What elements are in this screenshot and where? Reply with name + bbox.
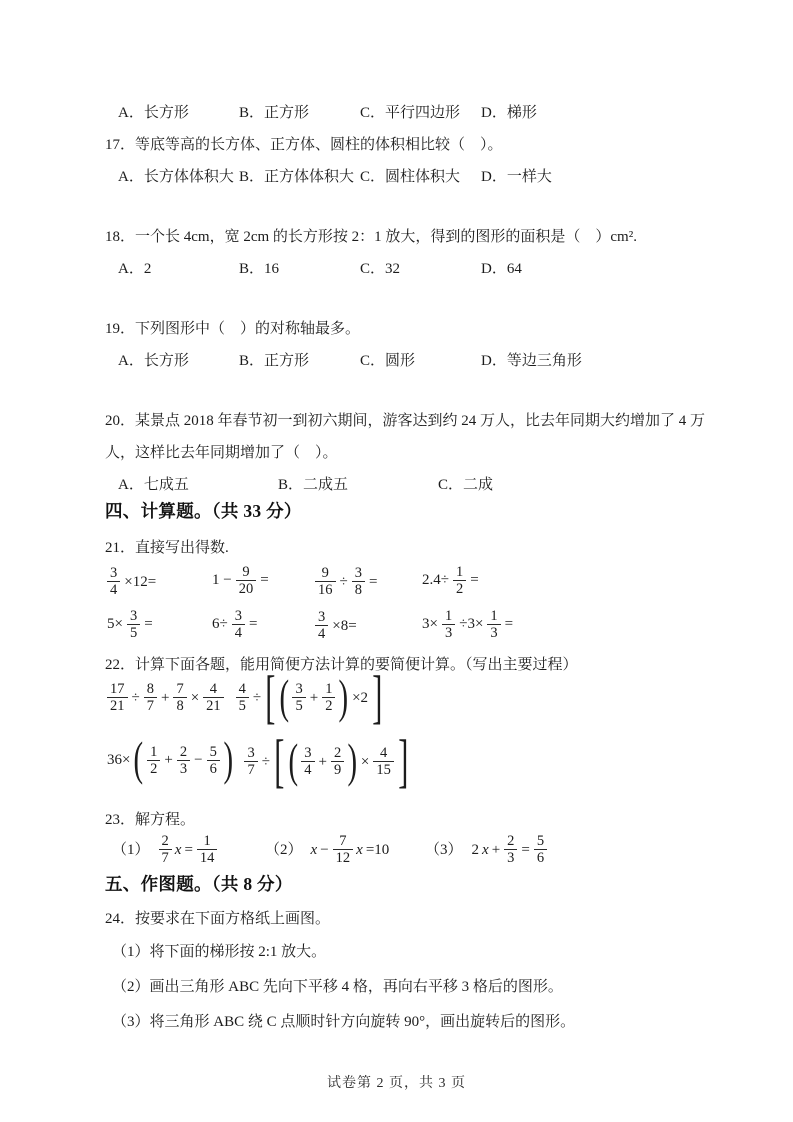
math-text: ÷ [132,687,140,709]
question-24-item-3: （3）将三角形 ABC 绕 C 点顺时针方向旋转 90°，画出旋转后的图形。 [105,1011,727,1033]
fraction: 29 [331,745,344,778]
numerator: 1 [453,564,466,580]
math-text: = [184,839,192,861]
option-c: C．32 [360,258,481,280]
fraction: 34 [315,609,328,642]
numerator: 3 [232,608,245,624]
fraction: 23 [177,744,190,777]
denominator: 3 [442,624,455,641]
math-text: = [369,571,377,593]
math-text: ×12= [124,571,156,593]
fraction: 34 [107,565,120,598]
option-a: A．长方体体积大 [118,166,239,188]
math-text: 36× [107,749,130,771]
section-4-title: 四、计算题。（共 33 分） [105,500,727,522]
question-21-row-2: 5×35= 6÷34= 34×8= 3×13÷3×13= [105,606,727,642]
question-20-text-line2: 人，这样比去年同期增加了（ ）。 [105,442,727,464]
denominator: 6 [207,760,220,777]
math-text: + [319,751,327,773]
fraction: 78 [173,681,186,714]
option-c: C．圆柱体积大 [360,166,481,188]
fraction: 35 [127,608,140,641]
equation-label: （2） [265,839,303,861]
math-text: − [194,749,202,771]
math-expression: 36×(12+23−56) [105,744,234,777]
numerator: 3 [107,565,120,581]
fraction: 35 [292,681,305,714]
variable: x [356,839,363,861]
numerator: 4 [207,681,220,697]
question-19-text: 19．下列图形中（ ）的对称轴最多。 [105,318,727,340]
math-text: 2.4÷ [422,569,449,591]
question-16-options: A．长方形 B．正方形 C．平行四边形 D．梯形 [105,102,727,124]
math-expression: 916÷38= [313,565,379,598]
numerator: 7 [336,833,349,849]
fraction: 37 [244,745,257,778]
math-text: = [144,613,152,635]
denominator: 8 [352,581,365,598]
numerator: 1 [487,608,500,624]
denominator: 21 [107,697,128,714]
equation-3: （3） 2x+23=56 [425,833,549,866]
numerator: 3 [292,681,305,697]
math-text: + [310,687,318,709]
question-20-options: A．七成五 B．二成五 C．二成 [105,474,727,496]
math-text: ×8= [332,615,356,637]
denominator: 16 [315,581,336,598]
numerator: 5 [534,833,547,849]
numerator: 3 [352,565,365,581]
numerator: 3 [315,609,328,625]
fraction: 920 [236,564,257,597]
fraction: 114 [197,833,218,866]
option-a: A．长方形 [118,102,239,124]
option-b: B．正方体体积大 [239,166,360,188]
math-text: 3× [422,613,438,635]
math-text: =10 [366,839,389,861]
numerator: 3 [244,745,257,761]
math-expression: 2x+23=56 [470,833,550,866]
numerator: 2 [331,745,344,761]
paren: ( [288,736,298,784]
math-text: + [161,687,169,709]
math-expression: 6÷34= [210,608,259,641]
denominator: 4 [315,625,328,642]
question-20-text-line1: 20．某景点 2018 年春节初一到初六期间，游客达到约 24 万人，比去年同期… [105,410,727,432]
option-b: B．正方形 [239,350,360,372]
fraction: 12 [322,681,335,714]
question-24-item-2: （2）画出三角形 ABC 先向下平移 4 格，再向右平移 3 格后的图形。 [105,976,727,998]
numerator: 3 [301,745,314,761]
math-expression: 1 −920= [210,564,271,597]
question-23-text: 23．解方程。 [105,809,727,831]
paren: ) [223,734,233,782]
question-21-text: 21．直接写出得数. [105,537,727,559]
numerator: 1 [442,608,455,624]
numerator: 9 [319,565,332,581]
math-expression: 45÷[(35+12)×2] [234,681,385,714]
option-d: D．等边三角形 [481,350,582,372]
section-5-title: 五、作图题。（共 8 分） [105,873,727,895]
math-expression: 3×13÷3×13= [420,608,515,641]
denominator: 21 [203,697,224,714]
equation-label: （3） [425,839,463,861]
fraction: 12 [147,744,160,777]
numerator: 1 [322,681,335,697]
fraction: 712 [333,833,354,866]
denominator: 3 [487,624,500,641]
option-c: C．圆形 [360,350,481,372]
option-c: C．平行四边形 [360,102,481,124]
math-text: = [470,569,478,591]
math-text: 2 [472,839,480,861]
fraction: 56 [207,744,220,777]
fraction: 13 [442,608,455,641]
option-b: B．二成五 [278,474,438,496]
math-text: + [492,839,500,861]
denominator: 7 [159,849,172,866]
numerator: 2 [159,833,172,849]
denominator: 5 [292,697,305,714]
math-text: ÷3× [459,613,483,635]
numerator: 17 [107,681,128,697]
question-17-options: A．长方体体积大 B．正方体体积大 C．圆柱体积大 D．一样大 [105,166,727,188]
question-18-options: A．2 B．16 C．32 D．64 [105,258,727,280]
fraction: 38 [352,565,365,598]
fraction: 87 [144,681,157,714]
option-d: D．64 [481,258,522,280]
option-a: A．2 [118,258,239,280]
math-text: ÷ [340,571,348,593]
math-text: ÷ [262,751,270,773]
math-expression: 34×8= [313,609,359,642]
fraction: 56 [534,833,547,866]
math-text: 6÷ [212,613,228,635]
denominator: 2 [322,697,335,714]
denominator: 2 [147,760,160,777]
numerator: 7 [173,681,186,697]
fraction: 34 [301,745,314,778]
math-text: × [361,751,369,773]
numerator: 4 [236,681,249,697]
math-text: 1 − [212,569,232,591]
question-24-item-1: （1）将下面的梯形按 2:1 放大。 [105,941,727,963]
exam-page: A．长方形 B．正方形 C．平行四边形 D．梯形 17．等底等高的长方体、正方体… [0,0,793,1122]
paren: ) [348,736,358,784]
question-19-options: A．长方形 B．正方形 C．圆形 D．等边三角形 [105,350,727,372]
fraction: 13 [487,608,500,641]
numerator: 1 [147,744,160,760]
paren: ) [339,672,349,720]
bracket: [ [265,666,275,725]
paren: ( [134,734,144,782]
math-text: ×2 [352,687,368,709]
denominator: 8 [173,697,186,714]
fraction: 45 [236,681,249,714]
denominator: 14 [197,849,218,866]
fraction: 916 [315,565,336,598]
numerator: 5 [207,744,220,760]
math-text: − [320,839,328,861]
fraction: 415 [373,745,394,778]
question-24-text: 24．按要求在下面方格纸上画图。 [105,908,727,930]
fraction: 23 [504,833,517,866]
equation-label: （1） [112,839,150,861]
bracket: ] [372,666,382,725]
question-18-text: 18．一个长 4cm，宽 2cm 的长方形按 2：1 放大，得到的图形的面积是（… [105,226,727,248]
denominator: 5 [236,697,249,714]
denominator: 15 [373,761,394,778]
math-text: + [164,749,172,771]
numerator: 4 [377,745,390,761]
variable: x [311,839,318,861]
denominator: 9 [331,761,344,778]
variable: x [482,839,489,861]
math-text: = [505,613,513,635]
math-text: = [249,613,257,635]
math-expression: 1721÷87+78×421 [105,681,226,714]
variable: x [175,839,182,861]
math-expression: 37÷[(34+29)×415] [242,745,410,778]
math-text: ÷ [253,687,261,709]
denominator: 4 [301,761,314,778]
option-d: D．梯形 [481,102,537,124]
math-text: 5× [107,613,123,635]
denominator: 5 [127,624,140,641]
fraction: 421 [203,681,224,714]
option-d: D．一样大 [481,166,552,188]
option-b: B．16 [239,258,360,280]
page-footer: 试卷第 2 页，共 3 页 [0,1073,793,1095]
paren: ( [279,672,289,720]
numerator: 2 [177,744,190,760]
numerator: 9 [239,564,252,580]
option-b: B．正方形 [239,102,360,124]
denominator: 4 [107,581,120,598]
denominator: 4 [232,624,245,641]
question-22-text: 22．计算下面各题，能用简便方法计算的要简便计算。（写出主要过程） [105,654,727,676]
numerator: 2 [504,833,517,849]
question-23-equations: （1） 27x=114 （2） x−712x=10 （3） 2x+23=56 [105,833,727,866]
math-text: × [191,687,199,709]
denominator: 3 [177,760,190,777]
bracket: [ [274,730,284,789]
math-expression: x−712x=10 [310,833,392,866]
fraction: 27 [159,833,172,866]
math-expression: 2.4÷12= [420,564,481,597]
question-22-row-1: 1721÷87+78×421 45÷[(35+12)×2] [105,678,727,714]
fraction: 1721 [107,681,128,714]
option-c: C．二成 [438,474,493,496]
question-17-text: 17．等底等高的长方体、正方体、圆柱的体积相比较（ ）。 [105,134,727,156]
math-expression: 5×35= [105,608,155,641]
math-expression: 27x=114 [157,833,220,866]
numerator: 1 [201,833,214,849]
fraction: 34 [232,608,245,641]
option-a: A．长方形 [118,350,239,372]
math-expression: 34×12= [105,565,158,598]
math-text: = [260,569,268,591]
denominator: 3 [504,849,517,866]
equation-2: （2） x−712x=10 [265,833,425,866]
option-a: A．七成五 [118,474,278,496]
numerator: 8 [144,681,157,697]
denominator: 7 [244,761,257,778]
equation-1: （1） 27x=114 [112,833,265,866]
bracket: ] [398,730,408,789]
question-21-row-1: 34×12= 1 −920= 916÷38= 2.4÷12= [105,562,727,598]
math-text: = [521,839,529,861]
denominator: 7 [144,697,157,714]
denominator: 12 [333,849,354,866]
denominator: 6 [534,849,547,866]
fraction: 12 [453,564,466,597]
numerator: 3 [127,608,140,624]
question-22-row-2: 36×(12+23−56) 37÷[(34+29)×415] [105,742,727,778]
denominator: 2 [453,580,466,597]
denominator: 20 [236,580,257,597]
